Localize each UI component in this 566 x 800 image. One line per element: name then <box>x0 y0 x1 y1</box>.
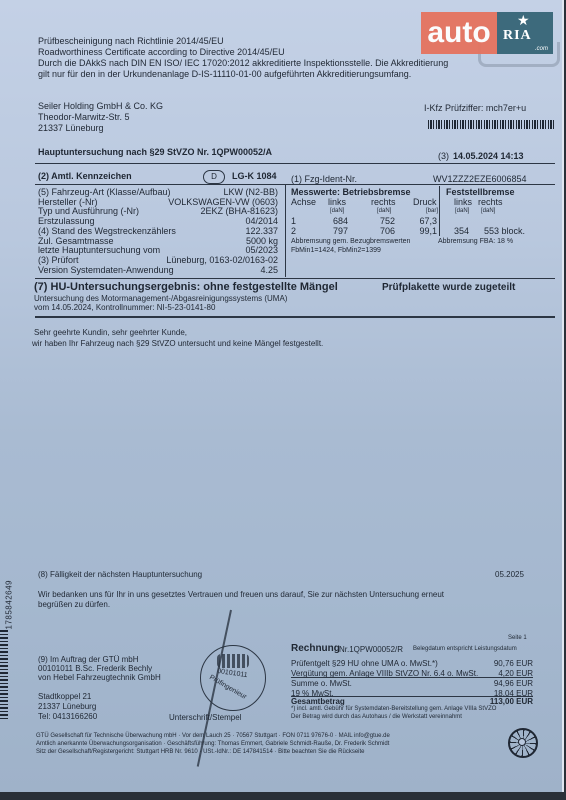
invoice-line-label: Prüfentgelt §29 HU ohne UMA o. MwSt.*) <box>291 659 438 669</box>
brake-note-1: Abbremsung gem. Bezugbremswerten <box>291 238 410 247</box>
next-inspection-label: (8) Fälligkeit der nächsten Hauptuntersu… <box>38 570 202 580</box>
parking-right: 553 block. <box>484 226 525 237</box>
header-right: rechts <box>371 197 396 208</box>
column-divider <box>439 186 440 236</box>
certificate-page: auto ★ RIA .com Prüfbescheinigung nach R… <box>0 0 564 792</box>
invoice-title: Rechnung <box>291 643 340 655</box>
divider <box>35 163 555 164</box>
thanks-line-2: begrüßen zu dürfen. <box>38 600 110 610</box>
invoice-footnote-2: Der Betrag wird durch das Autohaus / die… <box>291 714 462 722</box>
header-line-4: gilt nur für den in der Urkundenanlage D… <box>38 69 411 80</box>
stamp-number: 00101011 <box>217 668 248 679</box>
unit-left: [daN] <box>330 208 344 216</box>
next-inspection-value: 05.2025 <box>495 570 524 580</box>
inspection-datetime: 14.05.2024 14:13 <box>453 151 524 162</box>
owner-company: Seiler Holding GmbH & Co. KG <box>38 101 163 112</box>
divider <box>35 184 555 185</box>
inspector-street: Stadtkoppel 21 <box>38 692 91 702</box>
invoice-line-amount: 90,76 EUR <box>430 659 533 669</box>
plate-value: LG-K 1084 <box>232 171 277 182</box>
thanks-line-1: Wir bedanken uns für Ihr in uns gesetzte… <box>38 590 444 600</box>
invoice-number: Nr.1QPW00052/R <box>339 645 403 655</box>
unit-right: [daN] <box>377 208 391 216</box>
unit-pressure: [bar] <box>426 208 438 216</box>
side-document-number: 1785842649 <box>5 560 14 630</box>
invoice-line-amount: 94,96 EUR <box>430 679 533 689</box>
greeting-line-1: Sehr geehrte Kundin, sehr geehrter Kunde… <box>34 328 187 338</box>
gtu-wheel-logo-icon <box>508 728 538 758</box>
inspector-line-3: von Hebel Fahrzeugtechnik GmbH <box>38 673 161 683</box>
side-barcode <box>0 630 8 720</box>
divider <box>35 278 555 279</box>
header-line-1: Prüfbescheinigung nach Richtlinie 2014/4… <box>38 36 224 47</box>
inspection-date-label: (3) <box>438 151 449 162</box>
greeting-line-2: wir haben Ihr Fahrzeug nach §29 StVZO un… <box>32 339 323 349</box>
footer-line-1: GTÜ Gesellschaft für Technische Überwach… <box>36 733 390 741</box>
watermark-ria-text: RIA <box>503 28 532 44</box>
watermark-auto: auto <box>421 12 497 54</box>
watermark-suffix: .com <box>535 46 548 52</box>
uma-line-2: vom 14.05.2024, Kontrollnummer: NI-5-23-… <box>34 303 215 313</box>
column-divider <box>285 185 286 277</box>
brake-pressure: 99,1 <box>405 226 437 237</box>
unit-p-right: [daN] <box>481 208 495 216</box>
footer-line-2: Amtlich anerkannte Überwachungsorganisat… <box>36 741 389 749</box>
parking-left: 354 <box>445 226 469 237</box>
brake-left: 797 <box>318 226 348 237</box>
divider <box>35 316 555 318</box>
barcode <box>428 120 554 129</box>
brake-note-3: FbMin1=1424, FbMin2=1399 <box>291 247 381 256</box>
invoice-footnote-1: *) incl. amtl. Gebühr für Systemdaten-Be… <box>291 706 496 714</box>
divider <box>291 677 533 678</box>
unit-p-left: [daN] <box>455 208 469 216</box>
owner-city: 21337 Lüneburg <box>38 123 104 134</box>
header-left: links <box>328 197 346 208</box>
star-icon: ★ <box>517 12 530 29</box>
brake-axle: 2 <box>291 226 296 237</box>
header-p-right: rechts <box>478 197 503 208</box>
header-line-2: Roadworthiness Certificate according to … <box>38 47 285 58</box>
watermark-ria: ★ RIA .com <box>497 12 553 54</box>
header-line-3: Durch die DAkkS nach DIN EN ISO/ IEC 170… <box>38 58 448 69</box>
invoice-note: Belegdatum entspricht Leistungsdatum <box>413 646 517 654</box>
header-p-left: links <box>454 197 472 208</box>
inspector-phone: Tel: 0413166260 <box>38 712 97 722</box>
check-code: I-Kfz Prüfziffer: mch7er+u <box>424 103 526 114</box>
brake-note-2: Abbremsung FBA: 18 % <box>438 238 513 247</box>
owner-street: Theodor-Marwitz-Str. 5 <box>38 112 130 123</box>
signature-label: Unterschrift/Stempel <box>169 713 241 723</box>
brake-right: 706 <box>365 226 395 237</box>
footer-line-3: Sitz der Gesellschaft/Registergericht: S… <box>36 749 365 757</box>
inspection-title: Hauptuntersuchung nach §29 StVZO Nr. 1QP… <box>38 147 272 158</box>
page-number: Seite 1 <box>508 635 527 643</box>
sticker-status: Prüfplakette wurde zugeteilt <box>382 282 515 294</box>
inspector-city: 21337 Lüneburg <box>38 702 96 712</box>
country-badge: D <box>203 170 225 184</box>
invoice-line-label: Summe o. MwSt. <box>291 679 352 689</box>
plate-label: (2) Amtl. Kennzeichen <box>38 171 132 182</box>
header-axle: Achse <box>291 197 316 208</box>
vehicle-field-value: 4.25 <box>130 265 278 276</box>
result-title: (7) HU-Untersuchungsergebnis: ohne festg… <box>34 281 338 294</box>
header-pressure: Druck <box>413 197 437 208</box>
